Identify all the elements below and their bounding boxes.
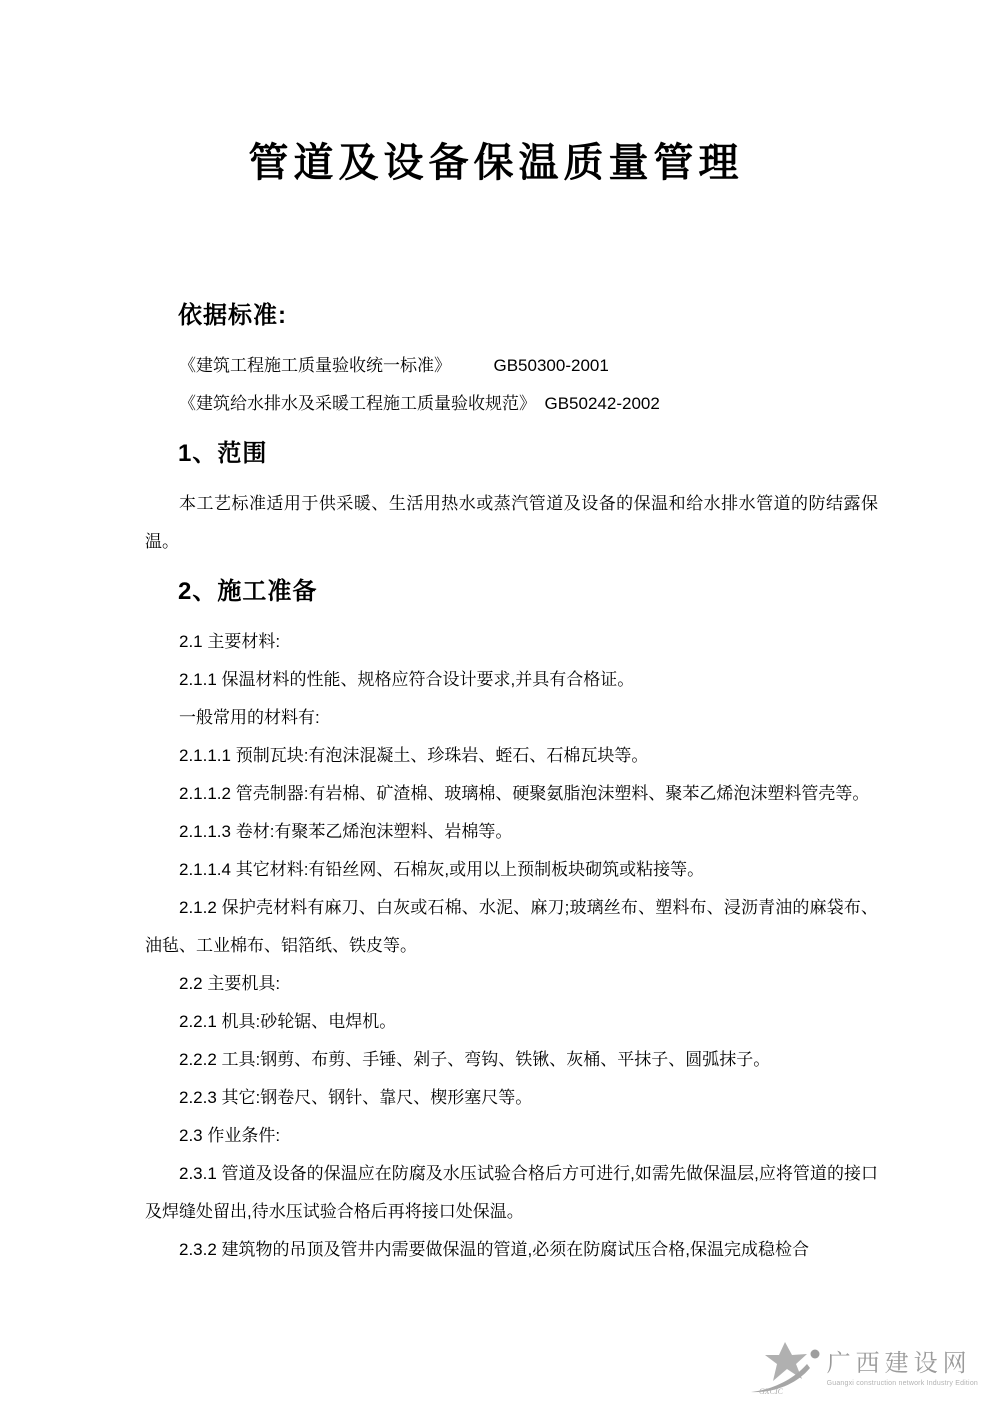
paragraph: 2.2.2 工具:钢剪、布剪、手锤、剁子、弯钩、铁锹、灰桶、平抹子、圆弧抹子。 <box>145 1041 878 1079</box>
paragraph: 2.3.2 建筑物的吊顶及管井内需要做保温的管道,必须在防腐试压合格,保温完成稳… <box>145 1231 878 1269</box>
document-body: 依据标准:《建筑工程施工质量验收统一标准》 GB50300-2001《建筑给水排… <box>0 188 992 1269</box>
standard-reference: 《建筑工程施工质量验收统一标准》 GB50300-2001 <box>145 347 878 385</box>
paragraph: 2.3.1 管道及设备的保温应在防腐及水压试验合格后方可进行,如需先做保温层,应… <box>145 1155 878 1231</box>
watermark: GXCIC 广西建设网 Guangxi construction network… <box>748 1341 978 1397</box>
paragraph: 2.1.1.1 预制瓦块:有泡沫混凝土、珍珠岩、蛭石、石棉瓦块等。 <box>145 737 878 775</box>
paragraph: 2.1.1.4 其它材料:有铅丝网、石棉灰,或用以上预制板块砌筑或粘接等。 <box>145 851 878 889</box>
watermark-text-group: 广西建设网 Guangxi construction network Indus… <box>827 1351 978 1388</box>
standard-reference: 《建筑给水排水及采暖工程施工质量验收规范》 GB50242-2002 <box>145 385 878 423</box>
heading-scope: 1、范围 <box>145 435 878 473</box>
paragraph: 2.1 主要材料: <box>145 623 878 661</box>
paragraph: 2.2.3 其它:钢卷尺、钢针、靠尺、楔形塞尺等。 <box>145 1079 878 1117</box>
paragraph: 2.2.1 机具:砂轮锯、电焊机。 <box>145 1003 878 1041</box>
paragraph: 本工艺标准适用于供采暖、生活用热水或蒸汽管道及设备的保温和给水排水管道的防结露保… <box>145 485 878 561</box>
paragraph: 2.1.1 保温材料的性能、规格应符合设计要求,并具有合格证。 <box>145 661 878 699</box>
watermark-site-name: 广西建设网 <box>827 1351 978 1377</box>
paragraph: 2.3 作业条件: <box>145 1117 878 1155</box>
paragraph: 2.1.1.2 管壳制器:有岩棉、矿渣棉、玻璃棉、硬聚氨脂泡沫塑料、聚苯乙烯泡沫… <box>145 775 878 813</box>
document-page: 管道及设备保温质量管理 依据标准:《建筑工程施工质量验收统一标准》 GB5030… <box>0 0 992 1403</box>
heading-construction-preparation: 2、施工准备 <box>145 573 878 611</box>
watermark-tagline: Guangxi construction network Industry Ed… <box>827 1379 978 1388</box>
paragraph: 2.2 主要机具: <box>145 965 878 1003</box>
paragraph: 2.1.1.3 卷材:有聚苯乙烯泡沫塑料、岩棉等。 <box>145 813 878 851</box>
paragraph: 一般常用的材料有: <box>145 699 878 737</box>
star-swoosh-logo-icon: GXCIC <box>748 1341 822 1397</box>
logo-abbrev-text: GXCIC <box>759 1387 784 1396</box>
document-title: 管道及设备保温质量管理 <box>0 0 992 188</box>
paragraph: 2.1.2 保护壳材料有麻刀、白灰或石棉、水泥、麻刀;玻璃丝布、塑料布、浸沥青油… <box>145 889 878 965</box>
heading-basis-standards: 依据标准: <box>145 297 878 335</box>
